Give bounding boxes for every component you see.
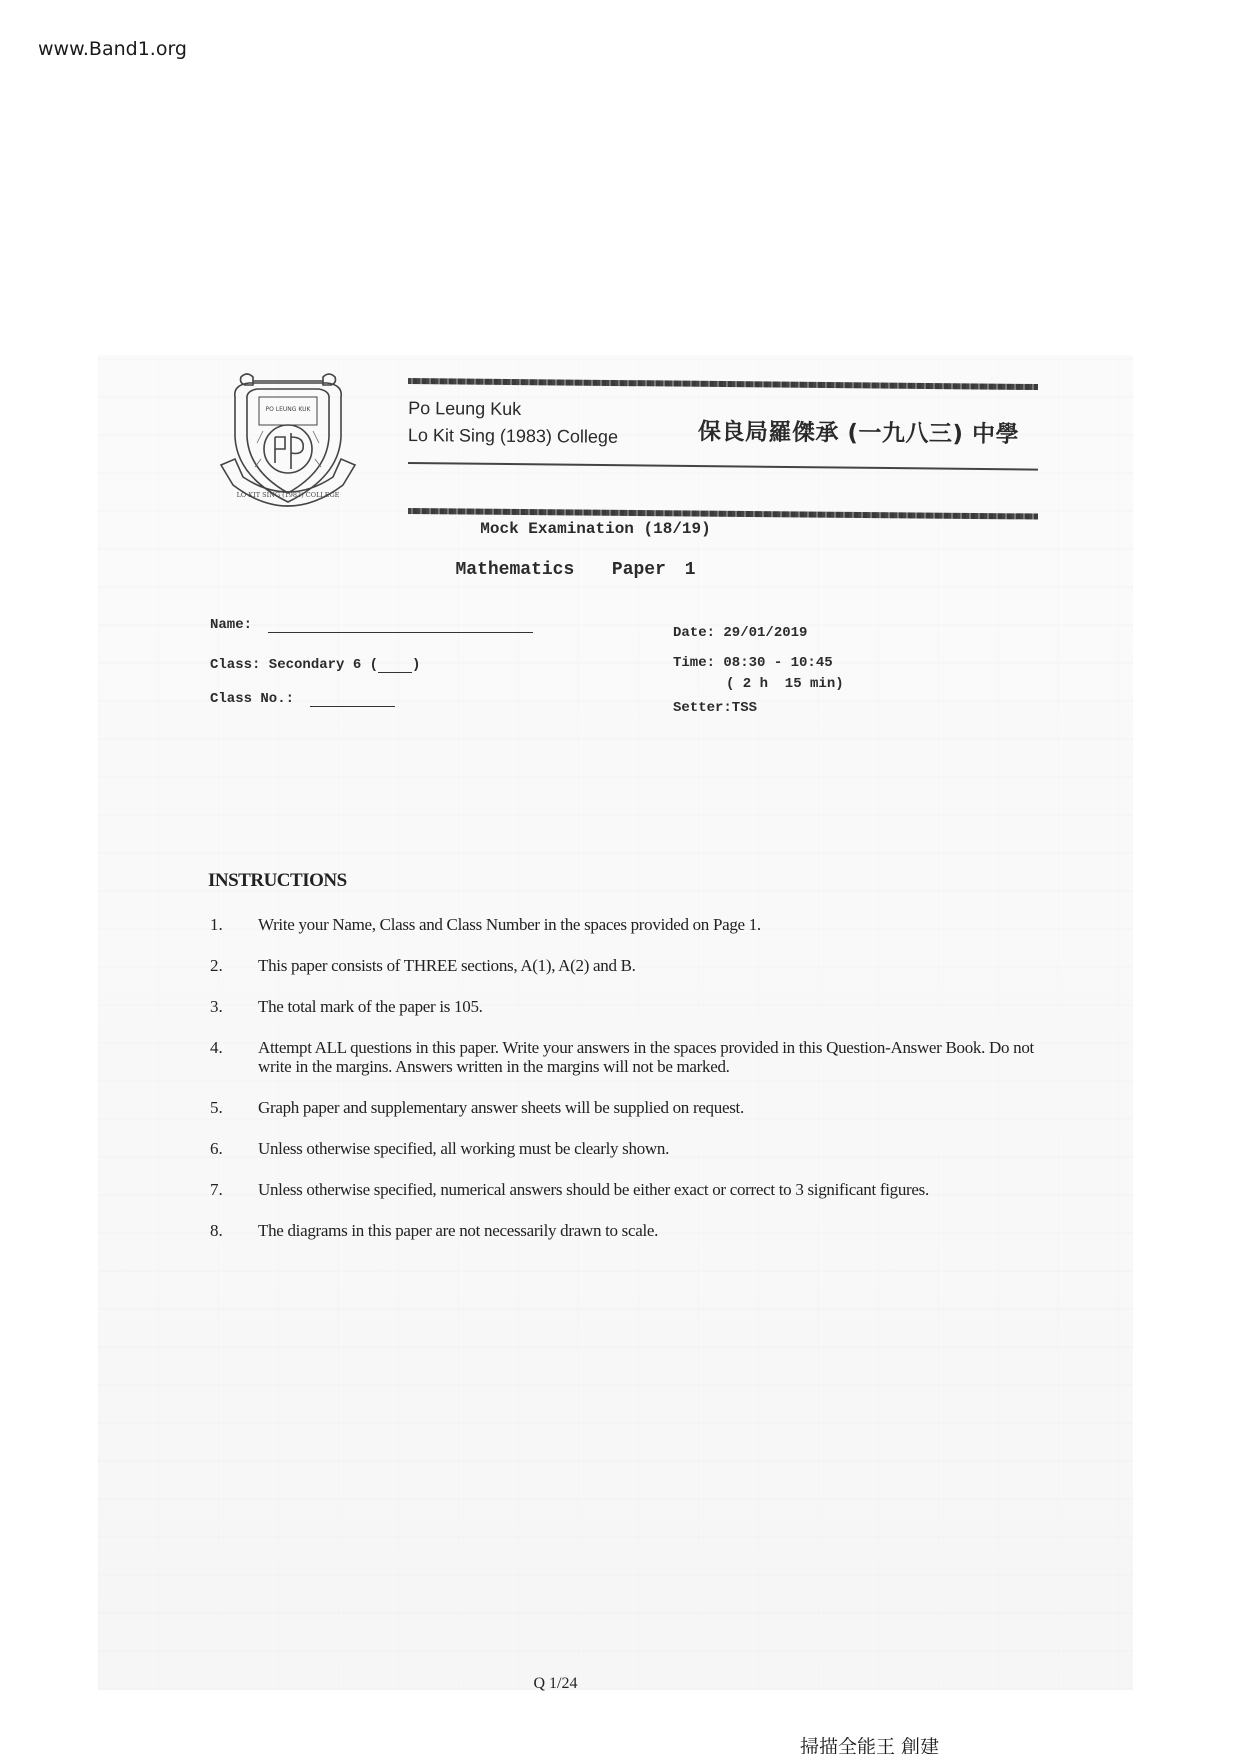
exam-duration: ( 2 h 15 min) (726, 676, 844, 692)
instruction-item: 2.This paper consists of THREE sections,… (210, 956, 1070, 975)
class-no-blank[interactable] (310, 706, 395, 707)
school-name-en: Po Leung Kuk Lo Kit Sing (1983) College (408, 395, 619, 451)
school-crest-icon: PO LEUNG KUK LO KIT SING (1983) COLLEGE (213, 367, 363, 517)
svg-text:PO LEUNG KUK: PO LEUNG KUK (266, 406, 312, 413)
instruction-item: 7.Unless otherwise specified, numerical … (210, 1180, 1070, 1199)
header-rule-middle (408, 462, 1038, 471)
exam-date: Date: 29/01/2019 (673, 625, 807, 641)
scanned-page: PO LEUNG KUK LO KIT SING (1983) COLLEGE … (98, 355, 1133, 1690)
class-field: Class: Secondary 6 () (210, 657, 420, 673)
page-number: Q 1/24 (38, 1675, 1073, 1693)
scanner-credit: 掃描全能王 創建 (800, 1732, 939, 1754)
exam-title: Mock Examination (18/19) (78, 520, 1113, 538)
school-name-zh: 保良局羅傑承 (一九八三) 中學 (698, 413, 1019, 449)
name-blank[interactable] (268, 632, 533, 633)
header-rule-top (408, 378, 1038, 390)
exam-subject: Mathematics Paper 1 (58, 560, 1093, 580)
instruction-item: 3.The total mark of the paper is 105. (210, 997, 1070, 1016)
instructions-heading: INSTRUCTIONS (208, 870, 347, 892)
instruction-item: 8.The diagrams in this paper are not nec… (210, 1221, 1070, 1240)
exam-setter: Setter:TSS (673, 700, 757, 716)
exam-time: Time: 08:30 - 10:45 (673, 655, 833, 671)
name-field: Name: (210, 617, 533, 633)
site-watermark: www.Band1.org (38, 38, 187, 60)
instruction-item: 5.Graph paper and supplementary answer s… (210, 1098, 1070, 1117)
header-rule-bottom (408, 508, 1038, 519)
class-no-field: Class No.: (210, 691, 395, 707)
instruction-item: 1.Write your Name, Class and Class Numbe… (210, 915, 1070, 934)
class-blank[interactable] (378, 672, 412, 673)
instructions-list: 1.Write your Name, Class and Class Numbe… (210, 915, 1070, 1240)
instruction-item: 4.Attempt ALL questions in this paper. W… (210, 1038, 1070, 1076)
svg-text:LO KIT SING (1983) COLLEGE: LO KIT SING (1983) COLLEGE (237, 491, 340, 499)
instruction-item: 6.Unless otherwise specified, all workin… (210, 1139, 1070, 1158)
